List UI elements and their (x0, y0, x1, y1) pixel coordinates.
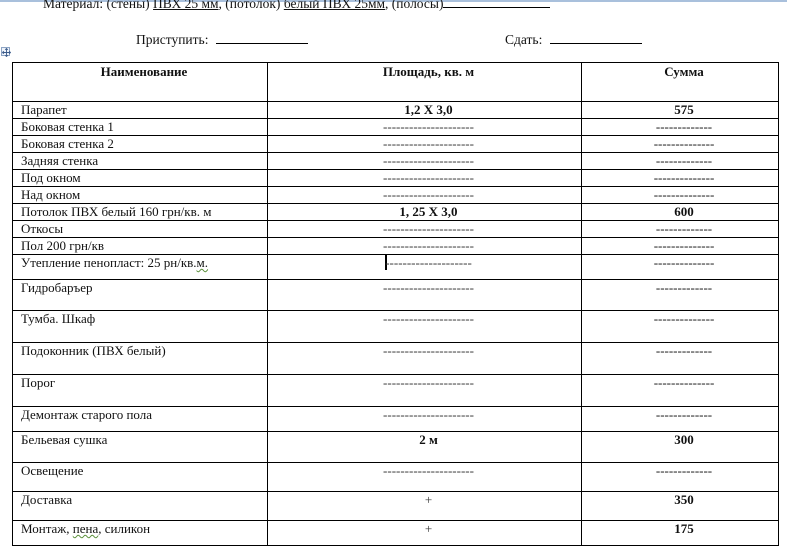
cell-sum[interactable]: -------------- (582, 311, 779, 343)
table-row: Бельевая сушка2 м300 (13, 432, 779, 463)
cell-area-value: --------------------- (383, 407, 474, 422)
cell-name[interactable]: Потолок ПВХ белый 160 грн/кв. м (13, 204, 268, 221)
cell-area-value: + (425, 521, 432, 536)
cell-name[interactable]: Монтаж, пена, силикон (13, 521, 268, 546)
due-line: Сдать: (505, 31, 642, 48)
table-row: Утепление пенопласт: 25 рн/кв.м.--------… (13, 255, 779, 280)
table-row: Освещение-------------------------------… (13, 463, 779, 492)
cell-area[interactable]: --------------------- (268, 119, 582, 136)
cell-sum[interactable]: -------------- (582, 375, 779, 407)
cell-area-value: --------------------- (383, 136, 474, 151)
cell-area[interactable]: --------------------- (268, 280, 582, 311)
due-blank[interactable] (550, 31, 642, 44)
table-row: Порог----------------------------------- (13, 375, 779, 407)
cell-sum[interactable]: 575 (582, 102, 779, 119)
cell-name[interactable]: Тумба. Шкаф (13, 311, 268, 343)
walls-material: ПВХ 25 мм (153, 0, 219, 11)
table-row: Задняя стенка---------------------------… (13, 153, 779, 170)
start-line: Приступить: (136, 31, 308, 48)
table-row: Тумба. Шкаф-----------------------------… (13, 311, 779, 343)
cell-area[interactable]: + (268, 521, 582, 546)
cell-name[interactable]: Задняя стенка (13, 153, 268, 170)
cell-sum[interactable]: -------------- (582, 255, 779, 280)
table-row: Парапет1,2 Х 3,0575 (13, 102, 779, 119)
header-name[interactable]: Наименование (13, 63, 268, 102)
material-label: Материал: (стены) (43, 0, 153, 11)
cell-sum[interactable]: ------------- (582, 407, 779, 432)
cell-area[interactable]: --------------------- (268, 136, 582, 153)
cell-area[interactable]: --------------------- (268, 311, 582, 343)
document-page: Материал: (стены) ПВХ 25 мм, (потолок) б… (0, 0, 787, 547)
cell-sum[interactable]: -------------- (582, 136, 779, 153)
cell-area-value: --------------------- (383, 343, 474, 358)
material-line: Материал: (стены) ПВХ 25 мм, (потолок) б… (43, 0, 550, 12)
table-row: Под окном-------------------------------… (13, 170, 779, 187)
stripes-label: , (полосы) (385, 0, 443, 11)
cell-area[interactable]: --------------------- (268, 238, 582, 255)
table-row: Подоконник (ПВХ белый)------------------… (13, 343, 779, 375)
cell-area[interactable]: 2 м (268, 432, 582, 463)
cell-name[interactable]: Под окном (13, 170, 268, 187)
cell-area-value: 1,2 Х 3,0 (404, 102, 452, 117)
cell-name[interactable]: Освещение (13, 463, 268, 492)
cell-name[interactable]: Бельевая сушка (13, 432, 268, 463)
cell-name[interactable]: Порог (13, 375, 268, 407)
table-row: Демонтаж старого пола-------------------… (13, 407, 779, 432)
cell-area[interactable]: --------------------- (268, 170, 582, 187)
cell-sum[interactable]: -------------- (582, 170, 779, 187)
ceiling-material: белый ПВХ 25мм (284, 0, 385, 11)
cell-area[interactable]: --------------------- (268, 187, 582, 204)
cell-area[interactable]: + (268, 492, 582, 521)
cell-sum[interactable]: 300 (582, 432, 779, 463)
cell-name[interactable]: Боковая стенка 1 (13, 119, 268, 136)
cell-name[interactable]: Гидробаръер (13, 280, 268, 311)
cell-sum[interactable]: -------------- (582, 187, 779, 204)
cell-sum[interactable]: ------------- (582, 280, 779, 311)
cell-name[interactable]: Утепление пенопласт: 25 рн/кв.м. (13, 255, 268, 280)
header-area[interactable]: Площадь, кв. м (268, 63, 582, 102)
table-row: Боковая стенка 1------------------------… (13, 119, 779, 136)
cell-area[interactable]: --------------------- (268, 407, 582, 432)
cell-name[interactable]: Боковая стенка 2 (13, 136, 268, 153)
cell-area-value: --------------------- (383, 119, 474, 134)
due-label: Сдать: (505, 32, 542, 47)
cell-sum[interactable]: ------------- (582, 119, 779, 136)
cell-name[interactable]: Пол 200 грн/кв (13, 238, 268, 255)
cell-area[interactable]: -------------------- (268, 255, 582, 280)
cell-sum[interactable]: 350 (582, 492, 779, 521)
cell-name[interactable]: Доставка (13, 492, 268, 521)
cell-name[interactable]: Откосы (13, 221, 268, 238)
ceiling-label: , (потолок) (219, 0, 284, 11)
table-header-row: Наименование Площадь, кв. м Сумма (13, 63, 779, 102)
table-row: Монтаж, пена, силикон+175 (13, 521, 779, 546)
cell-sum[interactable]: ------------- (582, 463, 779, 492)
cell-area[interactable]: 1,2 Х 3,0 (268, 102, 582, 119)
cell-area[interactable]: --------------------- (268, 463, 582, 492)
cell-sum[interactable]: ------------- (582, 153, 779, 170)
cell-sum[interactable]: 600 (582, 204, 779, 221)
cell-name-text: Монтаж, (21, 521, 73, 536)
cell-name[interactable]: Над окном (13, 187, 268, 204)
cell-name[interactable]: Демонтаж старого пола (13, 407, 268, 432)
cell-area-value: 1, 25 Х 3,0 (399, 204, 457, 219)
cell-name-tail: , силикон (98, 521, 150, 536)
cell-area-value: --------------------- (383, 280, 474, 295)
cell-area-value: --------------------- (383, 170, 474, 185)
cell-area-value: --------------------- (383, 221, 474, 236)
start-blank[interactable] (216, 31, 308, 44)
table-row: Над окном-------------------------------… (13, 187, 779, 204)
table-move-handle-icon[interactable] (1, 47, 10, 56)
cell-area-value: --------------------- (383, 311, 474, 326)
stripes-blank[interactable] (443, 0, 550, 8)
cell-sum[interactable]: 175 (582, 521, 779, 546)
header-sum[interactable]: Сумма (582, 63, 779, 102)
table-row: Пол 200 грн/кв--------------------------… (13, 238, 779, 255)
cell-area-value: --------------------- (383, 375, 474, 390)
cell-area-value: --------------------- (383, 187, 474, 202)
cell-area-value: --------------------- (383, 153, 474, 168)
cell-area[interactable]: --------------------- (268, 153, 582, 170)
spellcheck-underlined-word: м. (197, 255, 208, 270)
cell-sum[interactable]: ------------- (582, 343, 779, 375)
table-row: Откосы---------------------------------- (13, 221, 779, 238)
cell-area[interactable]: --------------------- (268, 375, 582, 407)
cell-area-value: --------------------- (383, 238, 474, 253)
cell-area-value: -------------------- (385, 255, 472, 270)
table-row: Гидробаръер-----------------------------… (13, 280, 779, 311)
cell-area[interactable]: --------------------- (268, 343, 582, 375)
cell-name-text: Утепление пенопласт: 25 рн/кв. (21, 255, 197, 270)
cell-name[interactable]: Подоконник (ПВХ белый) (13, 343, 268, 375)
estimate-table: Наименование Площадь, кв. м Сумма Парапе… (12, 62, 779, 546)
cell-area-value: 2 м (419, 432, 438, 447)
cell-sum[interactable]: ------------- (582, 221, 779, 238)
table-row: Потолок ПВХ белый 160 грн/кв. м1, 25 Х 3… (13, 204, 779, 221)
cell-area[interactable]: --------------------- (268, 221, 582, 238)
cell-sum[interactable]: -------------- (582, 238, 779, 255)
spellcheck-underlined-word: пена (73, 521, 98, 536)
table-row: Доставка+350 (13, 492, 779, 521)
start-label: Приступить: (136, 32, 208, 47)
table-row: Боковая стенка 2------------------------… (13, 136, 779, 153)
cell-area-value: --------------------- (383, 463, 474, 478)
cell-name[interactable]: Парапет (13, 102, 268, 119)
cell-area[interactable]: 1, 25 Х 3,0 (268, 204, 582, 221)
cell-area-value: + (425, 492, 432, 507)
